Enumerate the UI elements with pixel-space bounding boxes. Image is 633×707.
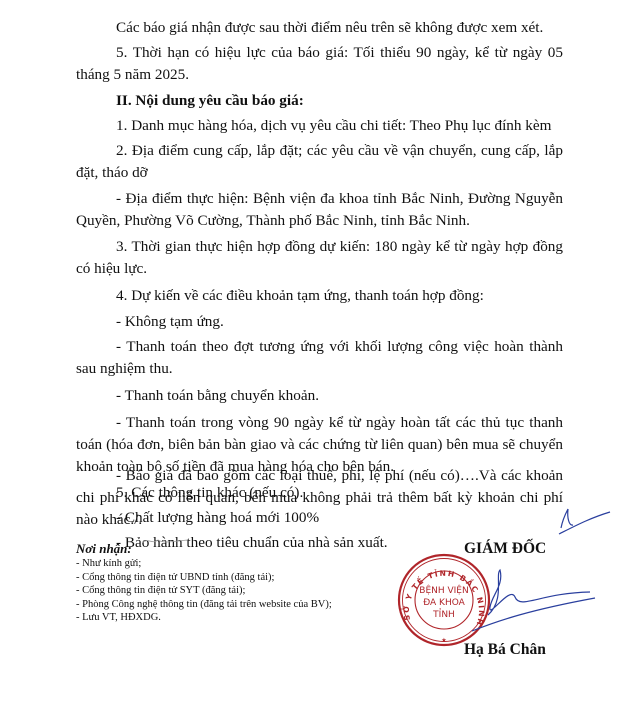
recipients-title: Nơi nhận: xyxy=(76,541,332,557)
initial-mark xyxy=(555,508,615,538)
director-signature xyxy=(470,565,600,635)
svg-text:★: ★ xyxy=(441,637,446,644)
svg-text:BỆNH VIỆN: BỆNH VIỆN xyxy=(419,584,468,596)
paragraph-validity: 5. Thời hạn có hiệu lực của báo giá: Tối… xyxy=(76,42,563,86)
recipient-item: - Cổng thông tin điện tử SYT (đăng tải); xyxy=(76,584,332,598)
paragraph-payment-phases: - Thanh toán theo đợt tương ứng với khối… xyxy=(76,336,563,380)
recipients-initial-mark xyxy=(140,535,190,549)
signer-name: Hạ Bá Chân xyxy=(464,641,546,659)
recipient-item: - Như kính gửi; xyxy=(76,557,332,571)
paragraph-no-advance: - Không tạm ứng. xyxy=(76,311,563,333)
paragraph-late-quotes: Các báo giá nhận được sau thời điểm nêu … xyxy=(76,17,563,39)
recipient-item: - Lưu VT, HĐXDG. xyxy=(76,611,332,625)
svg-text:ĐA KHOA: ĐA KHOA xyxy=(423,598,465,608)
svg-text:TỈNH: TỈNH xyxy=(432,608,455,620)
paragraph-fees-included: - Báo giá đã bao gồm các loại thuế, phí,… xyxy=(76,465,563,531)
recipient-item: - Phòng Công nghệ thông tin (đăng tải tr… xyxy=(76,598,332,612)
section-heading-ii: II. Nội dung yêu cầu báo giá: xyxy=(76,90,563,112)
paragraph-transfer: - Thanh toán bằng chuyển khoản. xyxy=(76,385,563,407)
paragraph-item-4: 4. Dự kiến về các điều khoản tạm ứng, th… xyxy=(76,285,563,307)
paragraph-location: - Địa điểm thực hiện: Bệnh viện đa khoa … xyxy=(76,188,563,232)
paragraph-item-3: 3. Thời gian thực hiện hợp đồng dự kiến:… xyxy=(76,236,563,280)
paragraph-item-2: 2. Địa điểm cung cấp, lắp đặt; các yêu c… xyxy=(76,140,563,184)
paragraph-item-1: 1. Danh mục hàng hóa, dịch vụ yêu cầu ch… xyxy=(76,115,563,137)
recipients-block: Nơi nhận: - Như kính gửi; - Cổng thông t… xyxy=(76,541,332,625)
recipient-item: - Cổng thông tin điện tử UBND tỉnh (đăng… xyxy=(76,571,332,585)
